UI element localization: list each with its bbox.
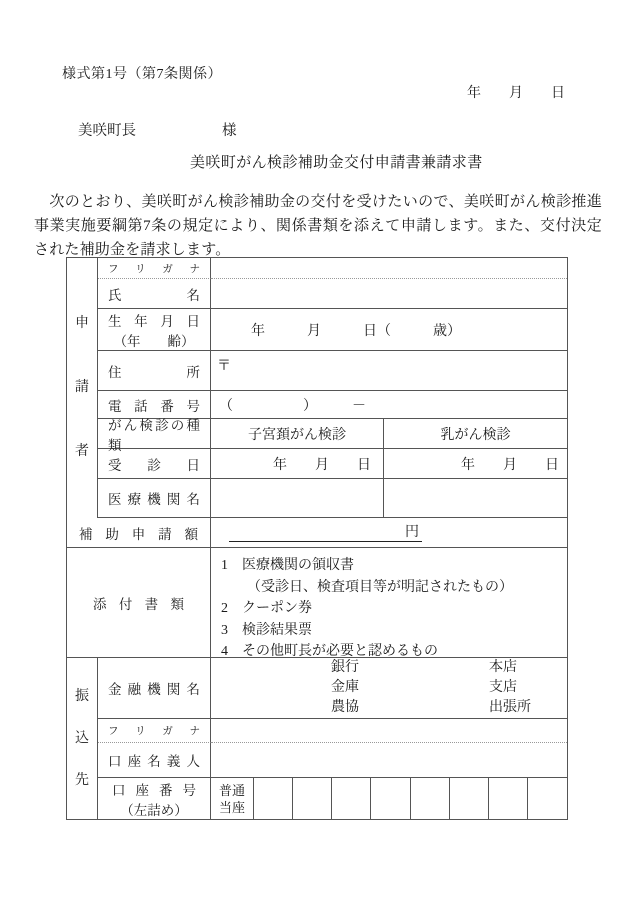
account-digit-cell [332, 778, 371, 819]
screening-type-label-cell: がん検診の種類 [98, 419, 211, 449]
account-type-current: 当座 [211, 799, 253, 816]
form-number: 様式第1号（第7条関係） [62, 63, 222, 83]
account-digit-cell [293, 778, 332, 819]
account-digit-cell [489, 778, 528, 819]
attachments-value-cell: 1 医療機関の領収書 （受診日、検査項目等が明記されたもの） 2 クーポン券 3… [211, 548, 567, 658]
postal-mark: 〒 [217, 355, 231, 375]
account-digit-cell [450, 778, 489, 819]
bank-type-bank: 銀行 [331, 658, 359, 678]
birthdate-label-cell: 生 年 月 日 （年 齢） [98, 309, 211, 351]
attachment-item: （受診日、検査項目等が明記されたもの） [221, 577, 513, 599]
attachments-label: 添 付 書 類 [67, 593, 210, 613]
birthdate-value-cell: 年 月 日（ 歳） [211, 309, 567, 351]
institution-label-cell: 医 療 機 関 名 [98, 479, 211, 518]
subsidy-amount-value-cell: 円 [211, 518, 567, 548]
account-type-ordinary: 普通 [211, 782, 253, 799]
furigana-value-cell [211, 258, 567, 279]
phone-value-cell: （ ） － [211, 391, 567, 419]
bank-type-ja: 農協 [331, 698, 359, 718]
body-paragraph: 次のとおり、美咲町がん検診補助金の交付を受けたいので、美咲町がん検診推進事業実施… [34, 190, 602, 262]
subsidy-amount-label-cell: 補 助 申 請 額 [67, 518, 211, 548]
birthdate-label-line2: （年 齢） [98, 330, 210, 350]
phone-label: 電 話 番 号 [98, 395, 210, 415]
address-label-cell: 住 所 [98, 351, 211, 391]
branch-type-options: 本店 支店 出張所 [489, 658, 531, 718]
account-number-label-line1: 口 座 番 号 [98, 779, 210, 799]
account-digit-cell [371, 778, 411, 819]
account-digit-cell [411, 778, 450, 819]
addressee-row: 美咲町長様 [78, 119, 237, 140]
institution-value-1 [211, 479, 384, 518]
transfer-furigana-value-cell [211, 719, 567, 743]
screening-type-breast: 乳がん検診 [384, 419, 567, 449]
addressee-honorific: 様 [222, 123, 237, 139]
document-title: 美咲町がん検診補助金交付申請書兼請求書 [190, 151, 483, 172]
screening-type-cervical: 子宮頚がん検診 [211, 419, 384, 449]
bank-type-shinkin: 金庫 [331, 678, 359, 698]
exam-date-value-2: 年 月 日 [384, 449, 567, 479]
name-value-cell [211, 279, 567, 309]
name-label-cell: 氏 名 [98, 279, 211, 309]
address-value-cell: 〒 [211, 351, 567, 391]
institution-value-2 [384, 479, 567, 518]
subsidy-amount-label: 補 助 申 請 額 [67, 523, 210, 543]
name-label: 氏 名 [98, 284, 210, 304]
furigana-label: フ リ ガ ナ [98, 261, 210, 276]
transfer-section-cell: 振 込 先 [67, 658, 98, 819]
institution-label: 医 療 機 関 名 [98, 488, 210, 508]
account-digit-cell [528, 778, 567, 819]
account-number-label-line2: （左詰め） [98, 799, 210, 819]
branch-type-branch: 支店 [489, 678, 531, 698]
transfer-section-label: 振 込 先 [67, 658, 97, 819]
attachments-list: 1 医療機関の領収書 （受診日、検査項目等が明記されたもの） 2 クーポン券 3… [211, 548, 513, 663]
account-holder-value-cell [211, 743, 567, 778]
account-type-cell: 普通 当座 [211, 778, 254, 819]
attachments-label-cell: 添 付 書 類 [67, 548, 211, 658]
document-page: 様式第1号（第7条関係） 年 月 日 美咲町長様 美咲町がん検診補助金交付申請書… [0, 0, 630, 903]
account-holder-label-cell: 口 座 名 義 人 [98, 743, 211, 778]
birthdate-label-line1: 生 年 月 日 [98, 310, 210, 330]
attachment-item: 1 医療機関の領収書 [221, 555, 513, 577]
attachment-item: 2 クーポン券 [221, 598, 513, 620]
attachment-item: 3 検診結果票 [221, 620, 513, 642]
addressee: 美咲町長 [78, 119, 222, 140]
screening-type-label: がん検診の種類 [98, 414, 210, 454]
subsidy-amount-blank: 円 [229, 521, 422, 542]
application-table: 申 請 者 フ リ ガ ナ 氏 名 生 年 月 日 （年 齢） 年 月 日（ 歳… [66, 257, 568, 820]
bank-name-label-cell: 金 融 機 関 名 [98, 658, 211, 719]
branch-type-head: 本店 [489, 658, 531, 678]
account-number-label-cell: 口 座 番 号 （左詰め） [98, 778, 211, 819]
account-holder-label: 口 座 名 義 人 [98, 750, 210, 770]
applicant-section-cell: 申 請 者 [67, 258, 98, 518]
branch-type-suboffice: 出張所 [489, 698, 531, 718]
transfer-furigana-label-cell: フ リ ガ ナ [98, 719, 211, 743]
exam-date-label: 受 診 日 [98, 454, 210, 474]
bank-name-label: 金 融 機 関 名 [98, 678, 210, 698]
applicant-section-label: 申 請 者 [67, 258, 97, 518]
transfer-furigana-label: フ リ ガ ナ [98, 723, 210, 738]
exam-date-label-cell: 受 診 日 [98, 449, 211, 479]
bank-name-value-cell: 銀行 金庫 農協 本店 支店 出張所 [211, 658, 567, 719]
date-line: 年 月 日 [467, 82, 565, 102]
furigana-label-cell: フ リ ガ ナ [98, 258, 211, 279]
bank-type-options: 銀行 金庫 農協 [331, 658, 359, 718]
account-digit-cell [254, 778, 293, 819]
address-label: 住 所 [98, 361, 210, 381]
exam-date-value-1: 年 月 日 [211, 449, 384, 479]
